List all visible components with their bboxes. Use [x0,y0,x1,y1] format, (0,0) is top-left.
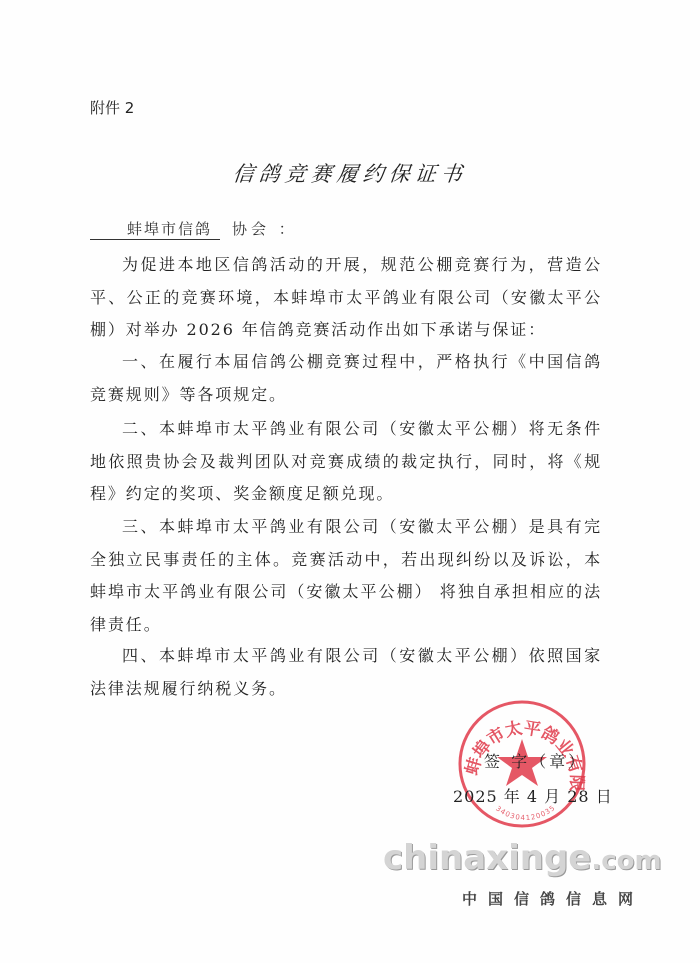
salutation: 蚌埠市信鸽 协会 ： [90,218,298,240]
paragraph-intro: 为促进本地区信鸽活动的开展，规范公棚竞赛行为，营造公平、公正的竞赛环境，本蚌埠市… [90,249,602,347]
signing-date: 2025 年 4 月 28 日 [453,784,613,807]
attachment-label: 附件 2 [90,97,134,118]
watermark-site-name: 中国信鸽信息网 [462,888,644,909]
watermark-domain-main: chinaxinge [383,838,591,878]
paragraph-item-2: 二、本蚌埠市太平鸽业有限公司（安徽太平公棚）将无条件地依照贵协会及裁判团队对竞赛… [90,413,602,511]
recipient-name: 蚌埠市信鸽 [90,218,220,240]
signature-label: 签 字（章） [484,749,587,772]
svg-text:蚌埠市太平鸽业有限公司: 蚌埠市太平鸽业有限公司 [455,697,586,792]
paragraph-text: 三、本蚌埠市太平鸽业有限公司（安徽太平公棚）是具有完全独立民事责任的主体。竞赛活… [90,511,602,641]
paragraph-text: 为促进本地区信鸽活动的开展，规范公棚竞赛行为，营造公平、公正的竞赛环境，本蚌埠市… [90,249,602,347]
document-page: 附件 2 信鸽竞赛履约保证书 蚌埠市信鸽 协会 ： 为促进本地区信鸽活动的开展，… [0,0,700,963]
paragraph-item-4: 四、本蚌埠市太平鸽业有限公司（安徽太平公棚）依照国家法律法规履行纳税义务。 [90,640,602,705]
paragraph-text: 四、本蚌埠市太平鸽业有限公司（安徽太平公棚）依照国家法律法规履行纳税义务。 [90,640,602,705]
paragraph-text: 二、本蚌埠市太平鸽业有限公司（安徽太平公棚）将无条件地依照贵协会及裁判团队对竞赛… [90,413,602,511]
paragraph-text: 一、在履行本届信鸽公棚竞赛过程中，严格执行《中国信鸽竞赛规则》等各项规定。 [90,346,602,411]
paragraph-item-1: 一、在履行本届信鸽公棚竞赛过程中，严格执行《中国信鸽竞赛规则》等各项规定。 [90,346,602,411]
watermark-domain-suffix: .com [591,846,661,876]
recipient-suffix: 协会 ： [232,218,298,239]
paragraph-item-3: 三、本蚌埠市太平鸽业有限公司（安徽太平公棚）是具有完全独立民事责任的主体。竞赛活… [90,511,602,641]
document-title: 信鸽竞赛履约保证书 [0,158,700,188]
watermark-domain: chinaxinge.com [383,838,662,878]
